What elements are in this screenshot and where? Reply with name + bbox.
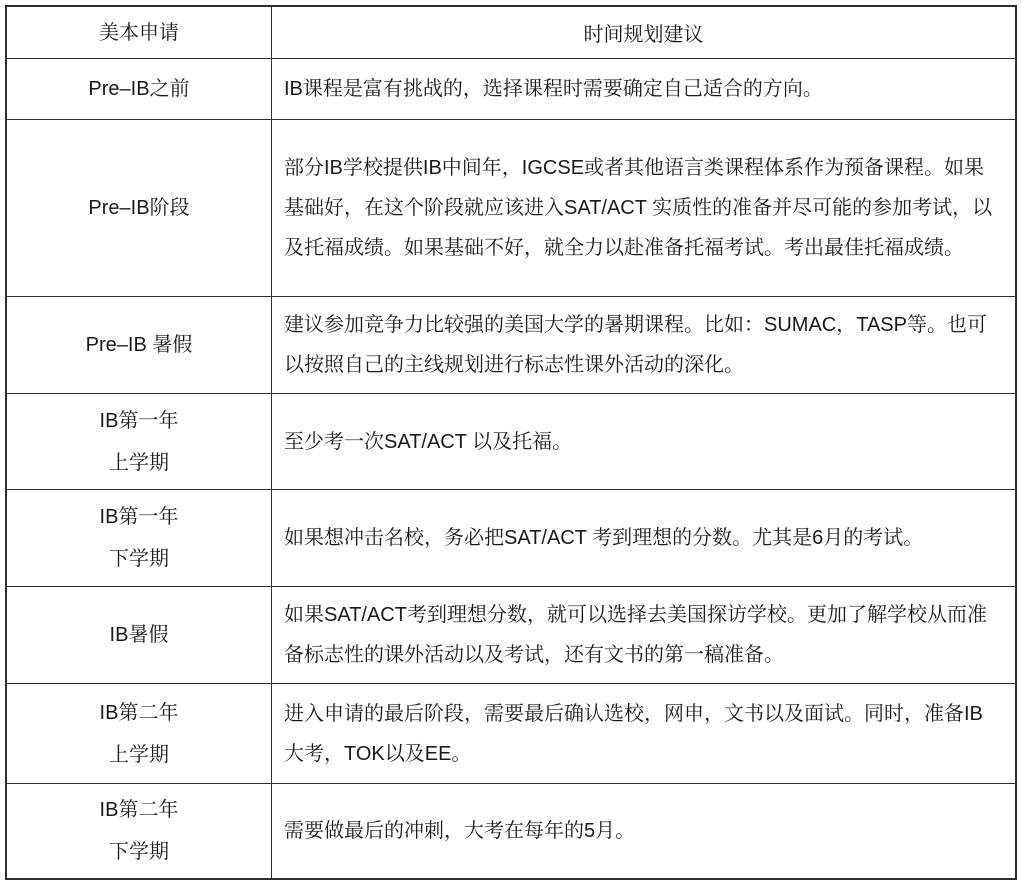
column-header-advice: 时间规划建议 — [272, 7, 1015, 58]
stage-label: IB暑假 — [110, 614, 169, 656]
advice-text: 部分IB学校提供IB中间年，IGCSE或者其他语言类课程体系作为预备课程。如果基… — [284, 148, 995, 268]
advice-cell: IB课程是富有挑战的，选择课程时需要确定自己适合的方向。 — [272, 59, 1015, 119]
table-row-pre-ib-summer: Pre–IB 暑假 建议参加竞争力比较强的美国大学的暑期课程。比如：SUMAC，… — [7, 296, 1015, 393]
stage-cell: IB第一年 下学期 — [7, 490, 272, 586]
stage-label-line2: 上学期 — [109, 734, 169, 776]
table-row-pre-ib-before: Pre–IB之前 IB课程是富有挑战的，选择课程时需要确定自己适合的方向。 — [7, 58, 1015, 119]
stage-label-line2: 下学期 — [109, 538, 169, 580]
stage-label-line2: 下学期 — [109, 831, 169, 873]
stage-label: Pre–IB之前 — [88, 68, 189, 110]
advice-text: IB课程是富有挑战的，选择课程时需要确定自己适合的方向。 — [284, 69, 823, 109]
advice-cell: 建议参加竞争力比较强的美国大学的暑期课程。比如：SUMAC，TASP等。也可以按… — [272, 297, 1015, 393]
stage-cell: IB第一年 上学期 — [7, 394, 272, 489]
table-header-row: 美本申请 时间规划建议 — [7, 7, 1015, 58]
advice-cell: 如果想冲击名校，务必把SAT/ACT 考到理想的分数。尤其是6月的考试。 — [272, 490, 1015, 586]
table-row-ib-year1-sem2: IB第一年 下学期 如果想冲击名校，务必把SAT/ACT 考到理想的分数。尤其是… — [7, 489, 1015, 586]
column-header-advice-label: 时间规划建议 — [584, 18, 704, 47]
table-row-ib-summer: IB暑假 如果SAT/ACT考到理想分数，就可以选择去美国探访学校。更加了解学校… — [7, 586, 1015, 683]
advice-text: 如果想冲击名校，务必把SAT/ACT 考到理想的分数。尤其是6月的考试。 — [284, 518, 923, 558]
advice-text: 至少考一次SAT/ACT 以及托福。 — [284, 422, 572, 462]
advice-cell: 至少考一次SAT/ACT 以及托福。 — [272, 394, 1015, 489]
stage-cell: Pre–IB之前 — [7, 59, 272, 119]
ib-timeline-table: 美本申请 时间规划建议 Pre–IB之前 IB课程是富有挑战的，选择课程时需要确… — [5, 5, 1017, 880]
stage-cell: Pre–IB阶段 — [7, 120, 272, 296]
page: 美本申请 时间规划建议 Pre–IB之前 IB课程是富有挑战的，选择课程时需要确… — [0, 0, 1022, 885]
column-header-stage-label: 美本申请 — [99, 12, 179, 54]
table-row-ib-year2-sem1: IB第二年 上学期 进入申请的最后阶段，需要最后确认选校，网申，文书以及面试。同… — [7, 683, 1015, 783]
stage-label: Pre–IB 暑假 — [86, 324, 193, 366]
stage-label: IB第二年 — [100, 692, 179, 734]
stage-label-line2: 上学期 — [109, 442, 169, 484]
advice-text: 需要做最后的冲刺，大考在每年的5月。 — [284, 811, 635, 851]
table-row-pre-ib-stage: Pre–IB阶段 部分IB学校提供IB中间年，IGCSE或者其他语言类课程体系作… — [7, 119, 1015, 296]
advice-text: 建议参加竞争力比较强的美国大学的暑期课程。比如：SUMAC，TASP等。也可以按… — [284, 305, 995, 385]
column-header-stage: 美本申请 — [7, 7, 272, 58]
stage-cell: Pre–IB 暑假 — [7, 297, 272, 393]
stage-label: IB第二年 — [100, 789, 179, 831]
advice-text: 进入申请的最后阶段，需要最后确认选校，网申，文书以及面试。同时，准备IB大考，T… — [284, 694, 995, 774]
stage-cell: IB第二年 下学期 — [7, 784, 272, 878]
stage-label: IB第一年 — [100, 400, 179, 442]
advice-cell: 如果SAT/ACT考到理想分数，就可以选择去美国探访学校。更加了解学校从而准备标… — [272, 587, 1015, 683]
stage-cell: IB暑假 — [7, 587, 272, 683]
stage-cell: IB第二年 上学期 — [7, 684, 272, 783]
table-row-ib-year2-sem2: IB第二年 下学期 需要做最后的冲刺，大考在每年的5月。 — [7, 783, 1015, 878]
advice-cell: 部分IB学校提供IB中间年，IGCSE或者其他语言类课程体系作为预备课程。如果基… — [272, 120, 1015, 296]
advice-cell: 需要做最后的冲刺，大考在每年的5月。 — [272, 784, 1015, 878]
table-row-ib-year1-sem1: IB第一年 上学期 至少考一次SAT/ACT 以及托福。 — [7, 393, 1015, 489]
advice-cell: 进入申请的最后阶段，需要最后确认选校，网申，文书以及面试。同时，准备IB大考，T… — [272, 684, 1015, 783]
stage-label: Pre–IB阶段 — [88, 187, 189, 229]
stage-label: IB第一年 — [100, 496, 179, 538]
advice-text: 如果SAT/ACT考到理想分数，就可以选择去美国探访学校。更加了解学校从而准备标… — [284, 595, 995, 675]
